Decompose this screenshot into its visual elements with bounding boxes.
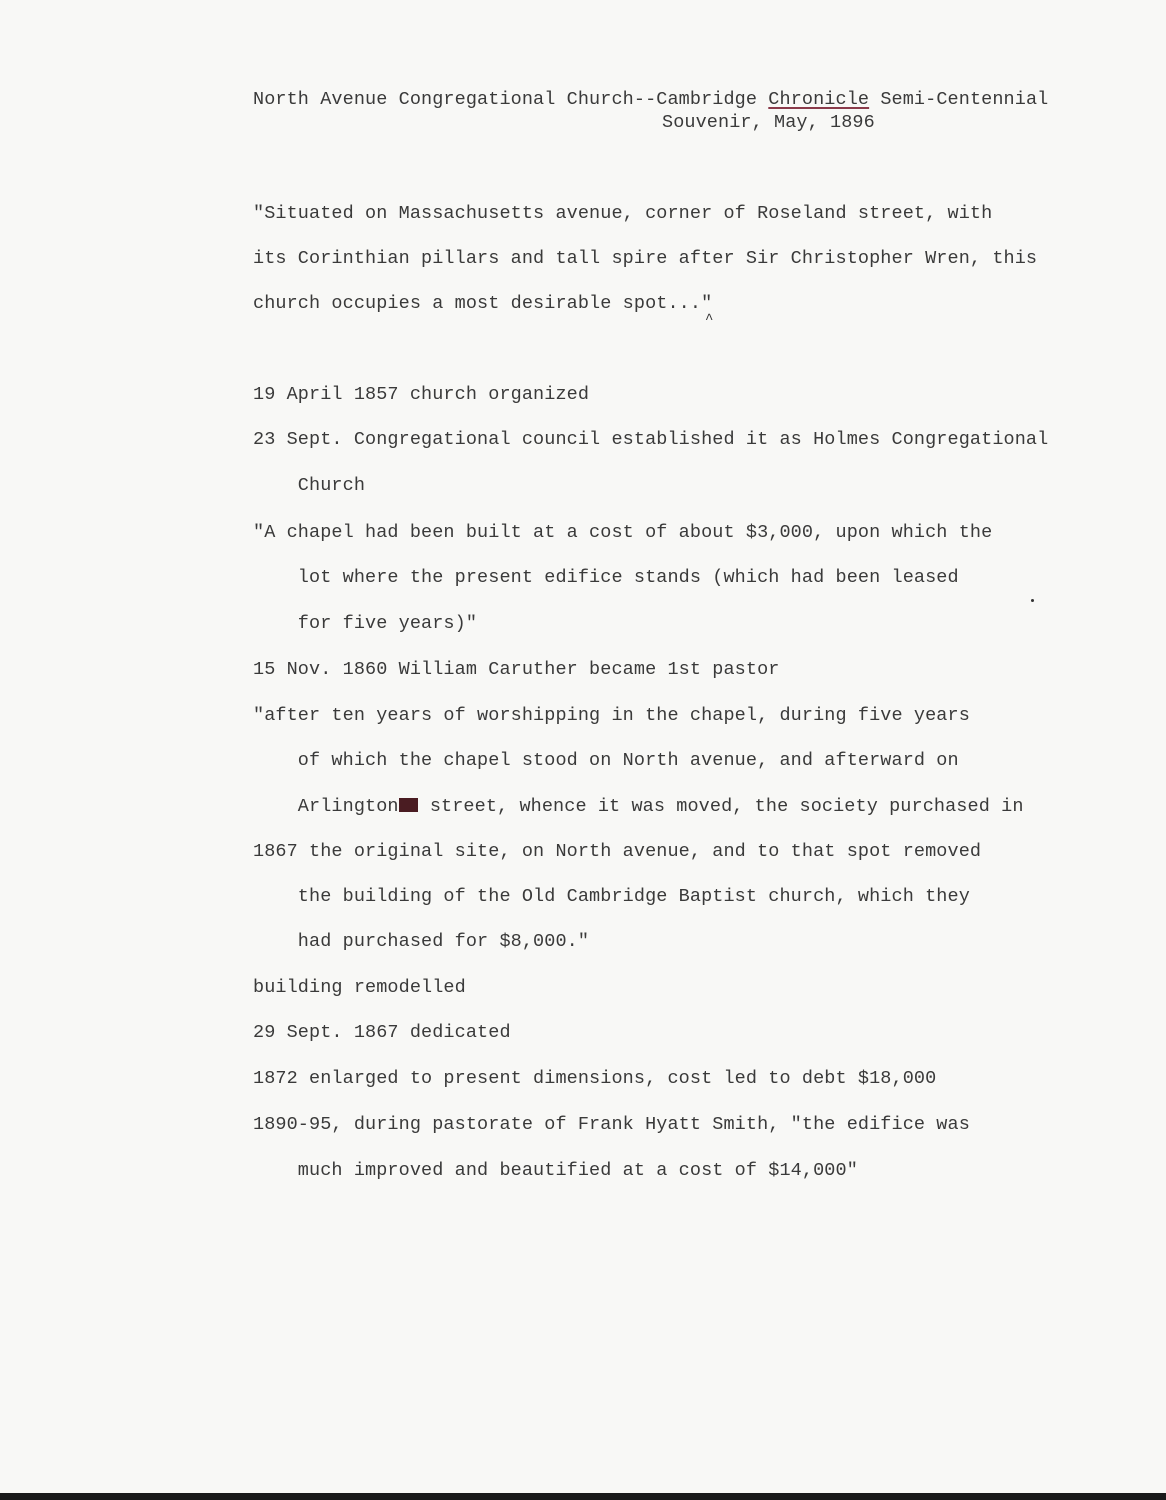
entry-line: 15 Nov. 1860 William Caruther became 1st… <box>253 659 780 681</box>
stray-ink-dot <box>1031 599 1034 602</box>
entry-text: Arlington <box>253 796 399 817</box>
entry-text: street, whence it was moved, the society… <box>419 796 1024 817</box>
document-page: North Avenue Congregational Church--Camb… <box>0 0 1166 1493</box>
document-title-line-2: Souvenir, May, 1896 <box>662 112 875 134</box>
entry-line: 19 April 1857 church organized <box>253 384 589 406</box>
intro-quote-line-3: church occupies a most desirable spot...… <box>253 293 712 315</box>
entry-line: "after ten years of worshipping in the c… <box>253 705 970 727</box>
ink-blot <box>399 798 418 812</box>
title-part-2: Semi-Centennial <box>869 89 1048 110</box>
entry-line: 1867 the original site, on North avenue,… <box>253 841 981 863</box>
scan-bottom-edge <box>0 1493 1166 1500</box>
entry-line: the building of the Old Cambridge Baptis… <box>253 886 970 908</box>
entry-line: of which the chapel stood on North avenu… <box>253 750 959 772</box>
entry-line: had purchased for $8,000." <box>253 931 589 953</box>
entry-line: building remodelled <box>253 977 466 999</box>
entry-line: 23 Sept. Congregational council establis… <box>253 429 1048 451</box>
entry-line: "A chapel had been built at a cost of ab… <box>253 522 992 544</box>
entry-line: for five years)" <box>253 613 477 635</box>
entry-line: much improved and beautified at a cost o… <box>253 1160 858 1182</box>
document-title-line-1: North Avenue Congregational Church--Camb… <box>253 89 1048 111</box>
insert-caret-mark: ^ <box>705 312 713 328</box>
entry-line: lot where the present edifice stands (wh… <box>253 567 959 589</box>
entry-line: 29 Sept. 1867 dedicated <box>253 1022 511 1044</box>
entry-line-with-blot: Arlington street, whence it was moved, t… <box>253 796 1024 818</box>
entry-line: 1872 enlarged to present dimensions, cos… <box>253 1068 936 1090</box>
title-part-1: North Avenue Congregational Church--Camb… <box>253 89 768 110</box>
entry-line: 1890-95, during pastorate of Frank Hyatt… <box>253 1114 970 1136</box>
entry-line: Church <box>253 475 365 497</box>
intro-quote-line-1: "Situated on Massachusetts avenue, corne… <box>253 203 992 225</box>
intro-quote-line-2: its Corinthian pillars and tall spire af… <box>253 248 1037 270</box>
title-publication-name: Chronicle <box>768 89 869 110</box>
